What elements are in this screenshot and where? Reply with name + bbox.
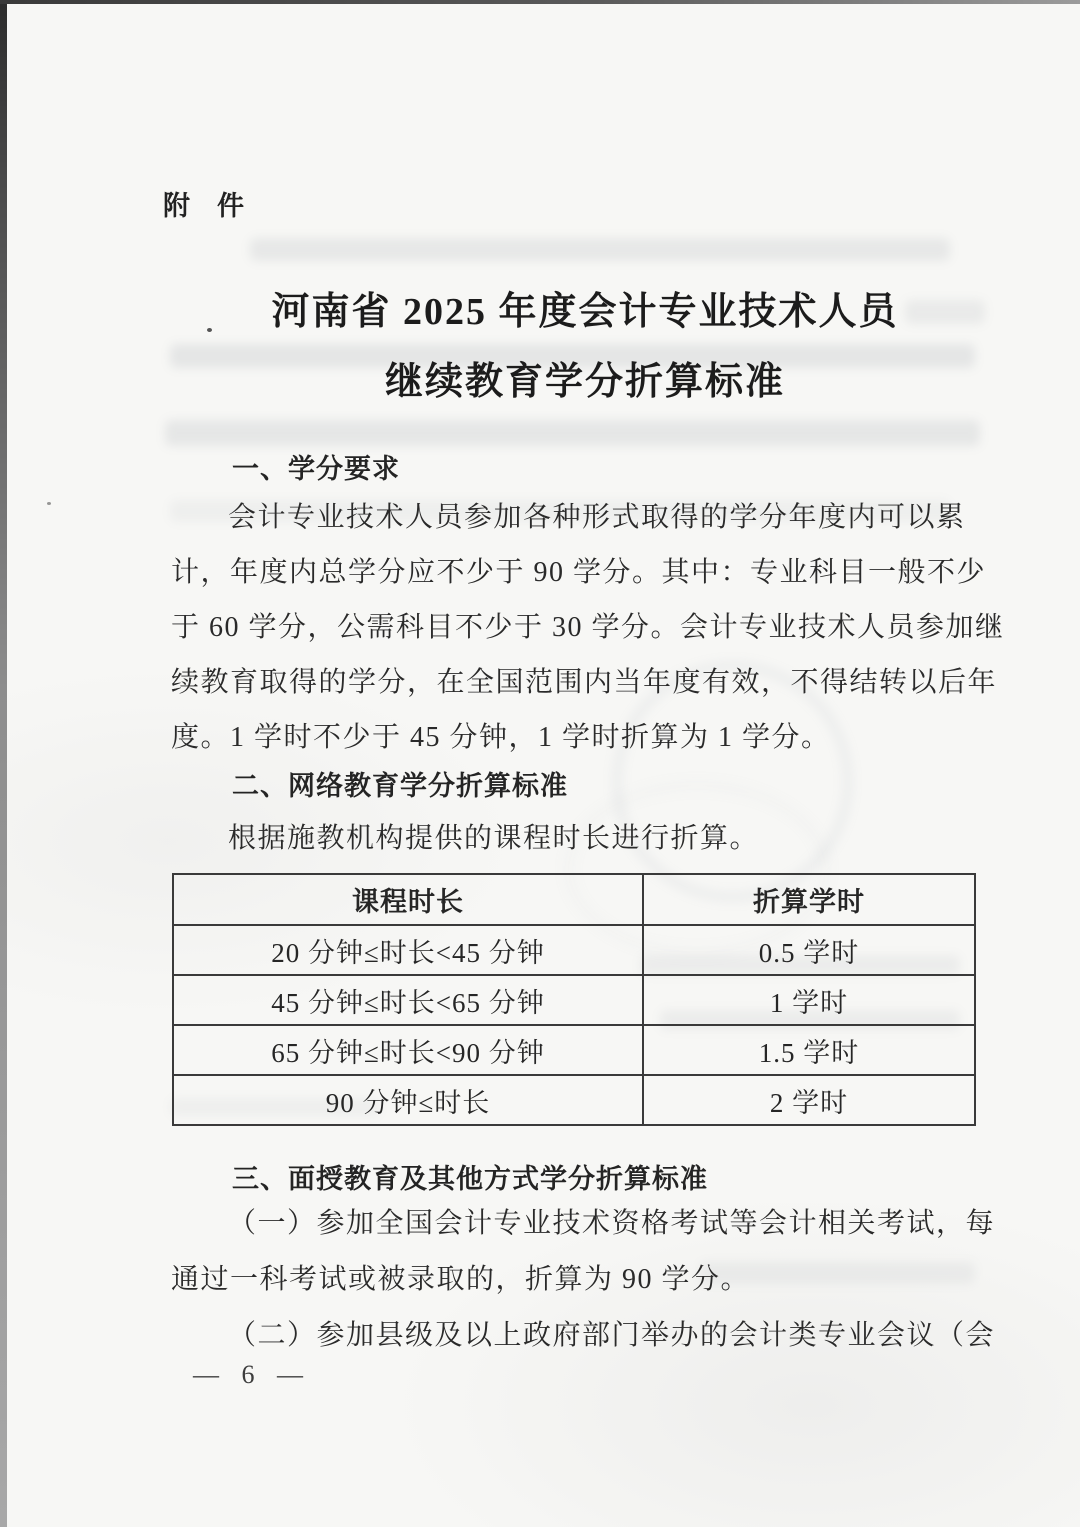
table-row: 20 分钟≤时长<45 分钟 0.5 学时 xyxy=(173,925,975,975)
table-row: 45 分钟≤时长<65 分钟 1 学时 xyxy=(173,975,975,1025)
paragraph-line: 通过一科考试或被录取的，折算为 90 学分。 xyxy=(171,1252,977,1308)
table-header-row: 课程时长 折算学时 xyxy=(173,874,975,925)
paragraph-line: 计，年度内总学分应不少于 90 学分。其中：专业科目一般不少 xyxy=(171,545,977,600)
table-row: 90 分钟≤时长 2 学时 xyxy=(173,1075,975,1125)
bleed-through-stripe xyxy=(250,238,950,261)
section-heading-1: 一、学分要求 xyxy=(232,447,400,486)
section-1-paragraph: 会计专业技术人员参加各种形式取得的学分年度内可以累 计，年度内总学分应不少于 9… xyxy=(171,490,977,765)
table-cell-duration: 90 分钟≤时长 xyxy=(173,1075,643,1125)
table-row: 65 分钟≤时长<90 分钟 1.5 学时 xyxy=(173,1025,975,1075)
bleed-through-stripe xyxy=(165,420,980,446)
paragraph-line: 会计专业技术人员参加各种形式取得的学分年度内可以累 xyxy=(171,490,977,545)
table-cell-duration: 45 分钟≤时长<65 分钟 xyxy=(173,975,643,1025)
table-cell-hours: 1.5 学时 xyxy=(643,1025,975,1075)
paragraph-line: 于 60 学分，公需科目不少于 30 学分。会计专业技术人员参加继 xyxy=(171,600,977,655)
page-number: — 6 — xyxy=(193,1360,311,1390)
credit-conversion-table: 课程时长 折算学时 20 分钟≤时长<45 分钟 0.5 学时 45 分钟≤时长… xyxy=(172,873,976,1126)
table-cell-duration: 20 分钟≤时长<45 分钟 xyxy=(173,925,643,975)
scan-edge-left xyxy=(0,0,7,1527)
section-heading-3: 三、面授教育及其他方式学分折算标准 xyxy=(232,1157,708,1196)
title-line-2: 继续教育学分折算标准 xyxy=(95,358,1075,406)
scan-speck xyxy=(47,502,51,505)
table-cell-hours: 0.5 学时 xyxy=(643,925,975,975)
column-header-course-duration: 课程时长 xyxy=(173,874,643,925)
title-line-1: 河南省 2025 年度会计专业技术人员 xyxy=(95,288,1075,336)
table-cell-hours: 2 学时 xyxy=(643,1075,975,1125)
table-cell-hours: 1 学时 xyxy=(643,975,975,1025)
table-cell-duration: 65 分钟≤时长<90 分钟 xyxy=(173,1025,643,1075)
paragraph-line: （一）参加全国会计专业技术资格考试等会计相关考试，每 xyxy=(171,1196,977,1252)
document-title: 河南省 2025 年度会计专业技术人员 继续教育学分折算标准 xyxy=(95,288,1075,406)
paragraph-line: 度。1 学时不少于 45 分钟，1 学时折算为 1 学分。 xyxy=(171,710,977,765)
section-2-paragraph: 根据施教机构提供的课程时长进行折算。 xyxy=(171,814,977,864)
column-header-converted-hours: 折算学时 xyxy=(643,874,975,925)
section-heading-2: 二、网络教育学分折算标准 xyxy=(232,764,568,803)
paragraph-line: 根据施教机构提供的课程时长进行折算。 xyxy=(171,814,977,864)
section-3-paragraph: （一）参加全国会计专业技术资格考试等会计相关考试，每 通过一科考试或被录取的，折… xyxy=(171,1196,977,1364)
attachment-label: 附 件 xyxy=(163,184,244,223)
document-page: 附 件 河南省 2025 年度会计专业技术人员 继续教育学分折算标准 一、学分要… xyxy=(7,4,1080,1527)
paragraph-line: （二）参加县级及以上政府部门举办的会计类专业会议（会 xyxy=(171,1308,977,1364)
scan-edge-top xyxy=(0,0,1080,4)
paragraph-line: 续教育取得的学分，在全国范围内当年度有效，不得结转以后年 xyxy=(171,655,977,710)
